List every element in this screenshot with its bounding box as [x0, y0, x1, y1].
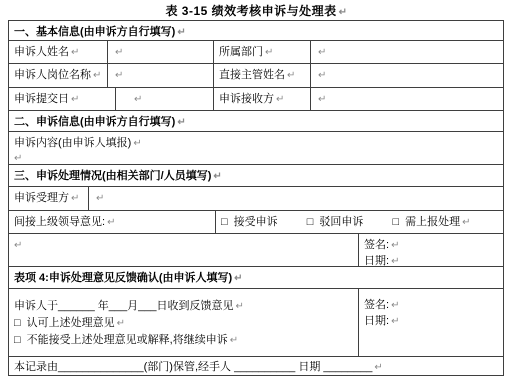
pilcrow-icon: ↵ — [318, 70, 326, 81]
pilcrow-icon: ↵ — [93, 70, 101, 81]
table-row: 一、基本信息(由申诉方自行填写)↵ — [9, 21, 503, 41]
empty-line: ↵ — [14, 151, 501, 164]
date-label: 日期: — [364, 255, 389, 266]
pilcrow-icon: ↵ — [265, 47, 273, 58]
pilcrow-icon: ↵ — [318, 94, 326, 105]
section1-header: 一、基本信息(由申诉方自行填写)↵ — [9, 21, 503, 40]
option-accept-appeal[interactable]: □接受申诉 — [221, 216, 278, 228]
pilcrow-icon: ↵ — [177, 117, 185, 128]
date-label: 日期: — [364, 315, 389, 327]
pilcrow-icon: ↵ — [117, 318, 125, 329]
table-row: 间接上级领导意见:↵ □接受申诉 □驳回申诉 □需上报处理↵ — [9, 211, 503, 234]
section4-header: 表项 4:申诉处理意见反馈确认(由申诉人填写)↵ — [9, 267, 503, 288]
pilcrow-icon: ↵ — [462, 217, 470, 228]
page-title-text: 表 3-15 绩效考核申诉与处理表 — [165, 4, 336, 18]
section2-header: 二、申诉信息(由申诉方自行填写)↵ — [9, 111, 503, 131]
sign-label-line: 签名:↵ — [364, 298, 501, 313]
checkbox-icon[interactable]: □ — [221, 216, 228, 228]
section4-header-text: 表项 4:申诉处理意见反馈确认(由申诉人填写) — [14, 272, 232, 284]
label-text: 所属部门 — [219, 46, 263, 58]
checkbox-icon[interactable]: □ — [307, 216, 314, 228]
table-row: 二、申诉信息(由申诉方自行填写)↵ — [9, 111, 503, 132]
pilcrow-icon: ↵ — [71, 94, 79, 105]
option-label: 接受申诉 — [234, 216, 278, 228]
submit-date-label: 申诉提交日↵ — [9, 88, 116, 110]
pilcrow-icon: ↵ — [391, 300, 399, 311]
pilcrow-icon: ↵ — [391, 256, 399, 266]
pilcrow-icon: ↵ — [115, 47, 123, 58]
department-label: 所属部门↵ — [214, 41, 311, 63]
page-title: 表 3-15 绩效考核申诉与处理表↵ — [0, 2, 513, 19]
pilcrow-icon: ↵ — [177, 27, 185, 38]
label-text: 申诉内容(由申诉人填报) — [14, 137, 131, 149]
pilcrow-icon: ↵ — [374, 362, 382, 373]
option-label: 认可上述处理意见 — [27, 317, 115, 329]
appeal-form-table: 一、基本信息(由申诉方自行填写)↵ 申诉人姓名↵ ↵ 所属部门↵ ↵ 申诉人岗位… — [8, 20, 504, 376]
table-row: 申诉人岗位名称↵ ↵ 直接主管姓名↵ ↵ — [9, 64, 503, 88]
pilcrow-icon: ↵ — [71, 47, 79, 58]
option-label: 需上报处理 — [405, 216, 460, 228]
position-value-cell[interactable]: ↵ — [108, 64, 214, 87]
option-escalate-appeal[interactable]: □需上报处理↵ — [392, 216, 470, 228]
table-row: 申诉受理方↵ ↵ — [9, 187, 503, 211]
leader-opinion-options-cell: □接受申诉 □驳回申诉 □需上报处理↵ — [216, 211, 503, 233]
date-label-line: 日期:↵ — [364, 254, 501, 266]
acceptor-label: 申诉受理方↵ — [9, 187, 89, 210]
acceptor-value-cell[interactable]: ↵ — [89, 187, 503, 210]
leader-opinion-body-cell[interactable]: ↵ — [9, 234, 359, 266]
label-text: 直接主管姓名 — [219, 69, 285, 81]
label-text: 申诉提交日 — [14, 93, 69, 105]
table-row: 申诉提交日↵ ↵ 申诉接收方↵ ↵ — [9, 88, 503, 111]
pilcrow-icon: ↵ — [391, 316, 399, 327]
checkbox-icon[interactable]: □ — [392, 216, 399, 228]
feedback-cell: 申诉人于______ 年___月___日收到反馈意见↵ □认可上述处理意见↵ □… — [9, 289, 359, 356]
table-row: 本记录由______________(部门)保管,经手人 __________ … — [9, 357, 503, 375]
label-text: 间接上级领导意见: — [14, 216, 105, 228]
record-line-text: 本记录由______________(部门)保管,经手人 __________ … — [14, 361, 372, 373]
pilcrow-icon: ↵ — [115, 70, 123, 81]
checkbox-icon[interactable]: □ — [14, 334, 21, 346]
position-label: 申诉人岗位名称↵ — [9, 64, 108, 87]
appellant-name-value-cell[interactable]: ↵ — [108, 41, 214, 63]
section3-header: 三、申诉处理情况(由相关部门/人员填写)↵ — [9, 165, 503, 186]
table-row: 三、申诉处理情况(由相关部门/人员填写)↵ — [9, 165, 503, 187]
document-page: 表 3-15 绩效考核申诉与处理表↵ 一、基本信息(由申诉方自行填写)↵ 申诉人… — [0, 0, 513, 381]
table-row: ↵ 签名:↵ 日期:↵ — [9, 234, 503, 267]
table-row: 申诉人姓名↵ ↵ 所属部门↵ ↵ — [9, 41, 503, 64]
sign-label: 签名: — [364, 239, 389, 251]
pilcrow-icon: ↵ — [96, 193, 104, 204]
sign-label: 签名: — [364, 299, 389, 311]
pilcrow-icon: ↵ — [230, 335, 238, 346]
pilcrow-icon: ↵ — [318, 47, 326, 58]
feedback-received-line: 申诉人于______ 年___月___日收到反馈意见↵ — [14, 298, 356, 315]
leader-opinion-label: 间接上级领导意见:↵ — [9, 211, 216, 233]
pilcrow-icon: ↵ — [339, 7, 348, 18]
sign-label-line: 签名:↵ — [364, 238, 501, 253]
received-text: 申诉人于______ 年___月___日收到反馈意见 — [14, 300, 233, 312]
pilcrow-icon: ↵ — [391, 240, 399, 251]
date-label-line: 日期:↵ — [364, 314, 501, 329]
table-row: 申诉人于______ 年___月___日收到反馈意见↵ □认可上述处理意见↵ □… — [9, 289, 503, 357]
submit-date-value-cell[interactable]: ↵ — [116, 88, 214, 110]
pilcrow-icon: ↵ — [276, 94, 284, 105]
pilcrow-icon: ↵ — [107, 217, 115, 228]
section4-signature-cell[interactable]: 签名:↵ 日期:↵ — [359, 289, 503, 356]
receiver-label: 申诉接收方↵ — [214, 88, 311, 110]
record-keeping-cell: 本记录由______________(部门)保管,经手人 __________ … — [9, 357, 503, 375]
option-reject-appeal[interactable]: □驳回申诉 — [307, 216, 364, 228]
option-disagree[interactable]: □不能接受上述处理意见或解释,将继续申诉↵ — [14, 332, 356, 349]
label-text: 申诉接收方 — [219, 93, 274, 105]
appeal-content-cell[interactable]: 申诉内容(由申诉人填报)↵ ↵ — [9, 132, 503, 164]
table-row: 表项 4:申诉处理意见反馈确认(由申诉人填写)↵ — [9, 267, 503, 289]
pilcrow-icon: ↵ — [133, 138, 141, 149]
supervisor-label: 直接主管姓名↵ — [214, 64, 311, 87]
pilcrow-icon: ↵ — [234, 273, 242, 284]
pilcrow-icon: ↵ — [134, 94, 142, 105]
option-agree[interactable]: □认可上述处理意见↵ — [14, 315, 356, 332]
checkbox-icon[interactable]: □ — [14, 317, 21, 329]
label-text: 申诉人姓名 — [14, 46, 69, 58]
option-label: 驳回申诉 — [319, 216, 363, 228]
pilcrow-icon: ↵ — [14, 240, 22, 251]
table-row: 申诉内容(由申诉人填报)↵ ↵ — [9, 132, 503, 165]
option-label: 不能接受上述处理意见或解释,将继续申诉 — [27, 334, 228, 346]
section3-signature-cell[interactable]: 签名:↵ 日期:↵ — [359, 234, 503, 266]
appellant-name-label: 申诉人姓名↵ — [9, 41, 108, 63]
pilcrow-icon: ↵ — [235, 301, 243, 312]
pilcrow-icon: ↵ — [14, 153, 22, 164]
receiver-value-cell[interactable]: ↵ — [311, 88, 503, 110]
label-text: 申诉人岗位名称 — [14, 69, 91, 81]
pilcrow-icon: ↵ — [287, 70, 295, 81]
section2-header-text: 二、申诉信息(由申诉方自行填写) — [14, 116, 175, 128]
appeal-content-label: 申诉内容(由申诉人填报)↵ — [14, 136, 501, 151]
section3-header-text: 三、申诉处理情况(由相关部门/人员填写) — [14, 170, 211, 182]
supervisor-value-cell[interactable]: ↵ — [311, 64, 503, 87]
department-value-cell[interactable]: ↵ — [311, 41, 503, 63]
pilcrow-icon: ↵ — [213, 171, 221, 182]
section1-header-text: 一、基本信息(由申诉方自行填写) — [14, 26, 175, 38]
pilcrow-icon: ↵ — [71, 193, 79, 204]
label-text: 申诉受理方 — [14, 192, 69, 204]
